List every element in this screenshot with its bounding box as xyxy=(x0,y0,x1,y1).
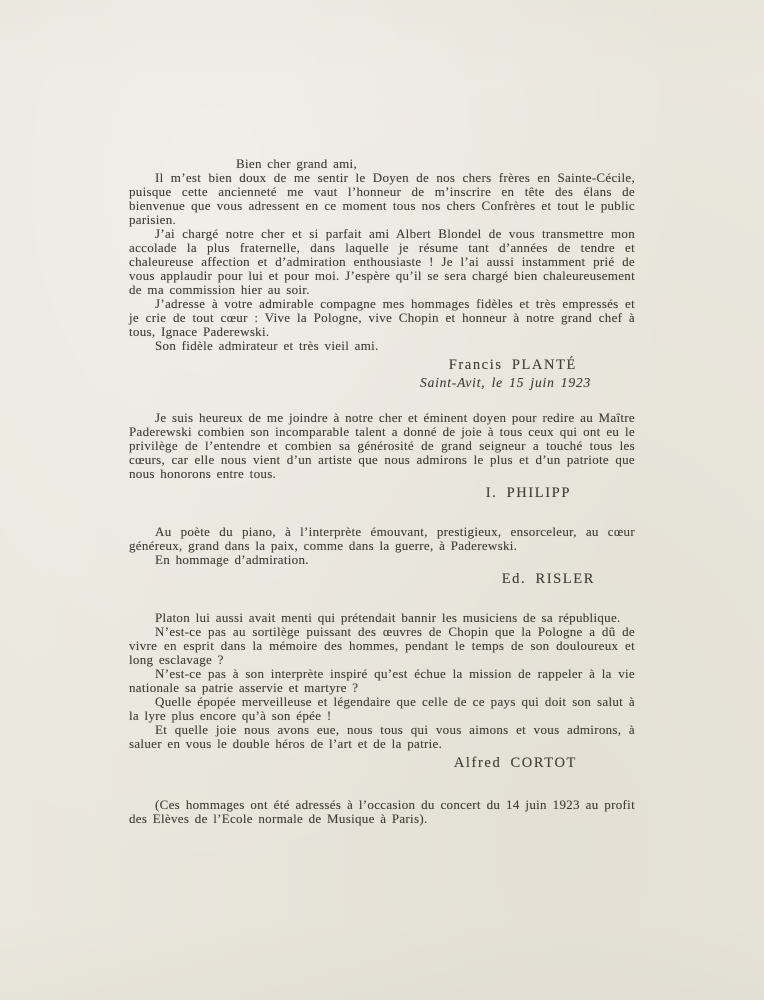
scanned-letter-page: Bien cher grand ami, Il m’est bien doux … xyxy=(0,0,764,1000)
paragraph: Et quelle joie nous avons eue, nous tous… xyxy=(129,723,635,751)
text-block: Bien cher grand ami, Il m’est bien doux … xyxy=(129,157,635,826)
paragraph: Platon lui aussi avait menti qui prétend… xyxy=(129,611,635,625)
paragraph: En hommage d’admiration. xyxy=(129,553,635,567)
paragraph: J’adresse à votre admirable compagne mes… xyxy=(129,297,635,339)
paragraph: J’ai chargé notre cher et si parfait ami… xyxy=(129,227,635,297)
tribute-philipp: Je suis heureux de me joindre à notre ch… xyxy=(129,411,635,502)
tribute-plante: Bien cher grand ami, Il m’est bien doux … xyxy=(129,157,635,391)
signature-cortot: Alfred CORTOT xyxy=(129,755,635,772)
tribute-cortot: Platon lui aussi avait menti qui prétend… xyxy=(129,611,635,772)
paragraph: Il m’est bien doux de me sentir le Doyen… xyxy=(129,171,635,227)
footnote: (Ces hommages ont été adressés à l’occas… xyxy=(129,798,635,826)
paragraph: Quelle épopée merveilleuse et légendaire… xyxy=(129,695,635,723)
signature-plante: Francis PLANTÉ xyxy=(129,357,635,374)
paragraph: N’est-ce pas à son interprète inspiré qu… xyxy=(129,667,635,695)
paragraph: Au poète du piano, à l’interprète émouva… xyxy=(129,525,635,553)
paragraph: N’est-ce pas au sortilège puissant des œ… xyxy=(129,625,635,667)
signature-philipp: I. PHILIPP xyxy=(129,485,635,502)
salutation: Bien cher grand ami, xyxy=(129,157,635,171)
tribute-risler: Au poète du piano, à l’interprète émouva… xyxy=(129,525,635,588)
closing-line: Son fidèle admirateur et très vieil ami. xyxy=(129,339,635,353)
signature-risler: Ed. RISLER xyxy=(129,571,635,588)
paragraph: Je suis heureux de me joindre à notre ch… xyxy=(129,411,635,481)
footnote-text: (Ces hommages ont été adressés à l’occas… xyxy=(129,798,635,826)
signature-date-plante: Saint-Avit, le 15 juin 1923 xyxy=(129,374,635,391)
